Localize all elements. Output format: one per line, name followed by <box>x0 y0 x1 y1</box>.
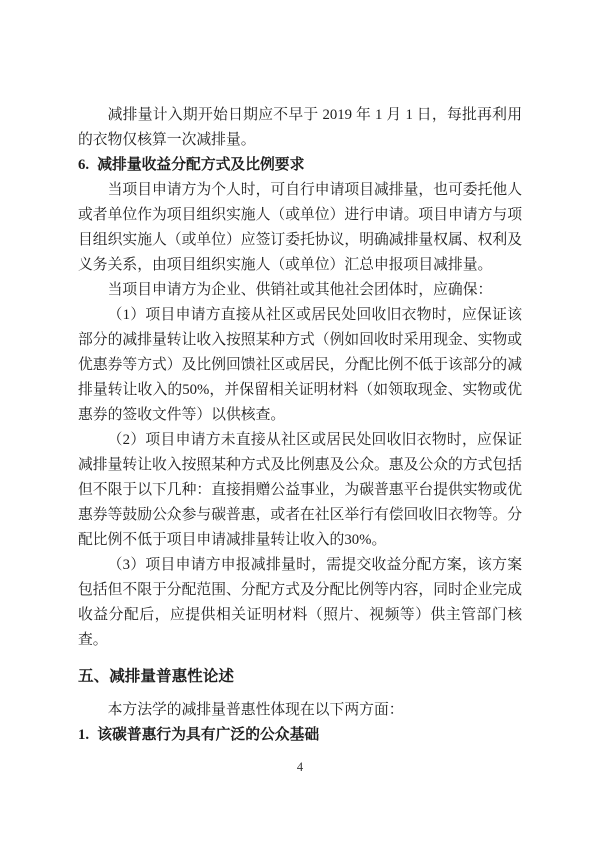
document-page: 减排量计入期开始日期应不早于 2019 年 1 月 1 日，每批再利用的衣物仅核… <box>0 0 600 848</box>
section-5-heading: 五、减排量普惠性论述 <box>78 664 522 690</box>
page-footer: 4 <box>0 758 600 776</box>
section-6-number: 6. <box>78 157 89 173</box>
page-number: 4 <box>297 760 303 774</box>
subsection-1-number: 1. <box>78 727 89 743</box>
paragraph-inclusiveness-intro: 本方法学的减排量普惠性体现在以下两方面： <box>78 698 522 723</box>
subsection-1-title: 该碳普惠行为具有广泛的公众基础 <box>97 727 319 743</box>
paragraph-crediting-period: 减排量计入期开始日期应不早于 2019 年 1 月 1 日，每批再利用的衣物仅核… <box>78 103 522 153</box>
section-6-heading: 6.减排量收益分配方式及比例要求 <box>78 153 522 178</box>
paragraph-individual-applicant: 当项目申请方为个人时，可自行申请项目减排量，也可委托他人或者单位作为项目组织实施… <box>78 178 522 278</box>
paragraph-enterprise-applicant: 当项目申请方为企业、供销社或其他社会团体时，应确保： <box>78 278 522 303</box>
section-6-title: 减排量收益分配方式及比例要求 <box>97 157 304 173</box>
section-5-title: 减排量普惠性论述 <box>109 668 234 685</box>
document-body: 减排量计入期开始日期应不早于 2019 年 1 月 1 日，每批再利用的衣物仅核… <box>78 103 522 748</box>
section-5-number: 五、 <box>78 668 109 685</box>
subsection-1-heading: 1.该碳普惠行为具有广泛的公众基础 <box>78 723 522 748</box>
paragraph-item-2-indirect-recycling: （2）项目申请方未直接从社区或居民处回收旧衣物时，应保证减排量转让收入按照某种方… <box>78 428 522 553</box>
paragraph-item-1-direct-recycling: （1）项目申请方直接从社区或居民处回收旧衣物时，应保证该部分的减排量转让收入按照… <box>78 303 522 428</box>
paragraph-item-3-distribution-plan: （3）项目申请方申报减排量时，需提交收益分配方案，该方案包括但不限于分配范围、分… <box>78 553 522 653</box>
